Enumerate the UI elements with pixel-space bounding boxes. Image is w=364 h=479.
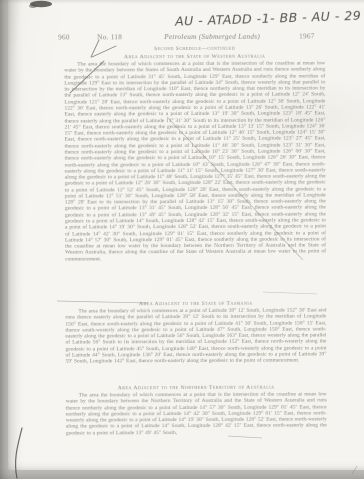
document-year: 1967	[299, 32, 315, 40]
section-heading-western-australia: Area Adjacent to the State of Western Au…	[64, 53, 325, 60]
handwritten-archive-code: AU - ATADD -1- BB - AU - 29	[175, 8, 364, 29]
scanned-document: AU - ATADD -1- BB - AU - 29 960 No. 118 …	[0, 0, 364, 479]
section-body-western-australia: The area the boundary of which commences…	[64, 60, 326, 301]
act-number: No. 118	[97, 33, 122, 41]
section-body-northern-territory: The area the boundary of which commences…	[66, 391, 327, 445]
page-number: 960	[58, 34, 70, 42]
section-heading-northern-territory: Area Adjacent to the Northern Territory …	[66, 384, 327, 391]
document-title: Petroleum (Submerged Lands)	[157, 33, 267, 41]
page-content: AU - ATADD -1- BB - AU - 29 960 No. 118 …	[7, 0, 364, 471]
document-page: AU - ATADD -1- BB - AU - 29 960 No. 118 …	[8, 0, 364, 470]
section-body-tasmania: The area the boundary of which commences…	[65, 307, 326, 384]
section-heading-tasmania: Area Adjacent to the State of Tasmania	[65, 300, 326, 307]
schedule-continued-heading: Second Schedule—continued	[64, 45, 325, 52]
